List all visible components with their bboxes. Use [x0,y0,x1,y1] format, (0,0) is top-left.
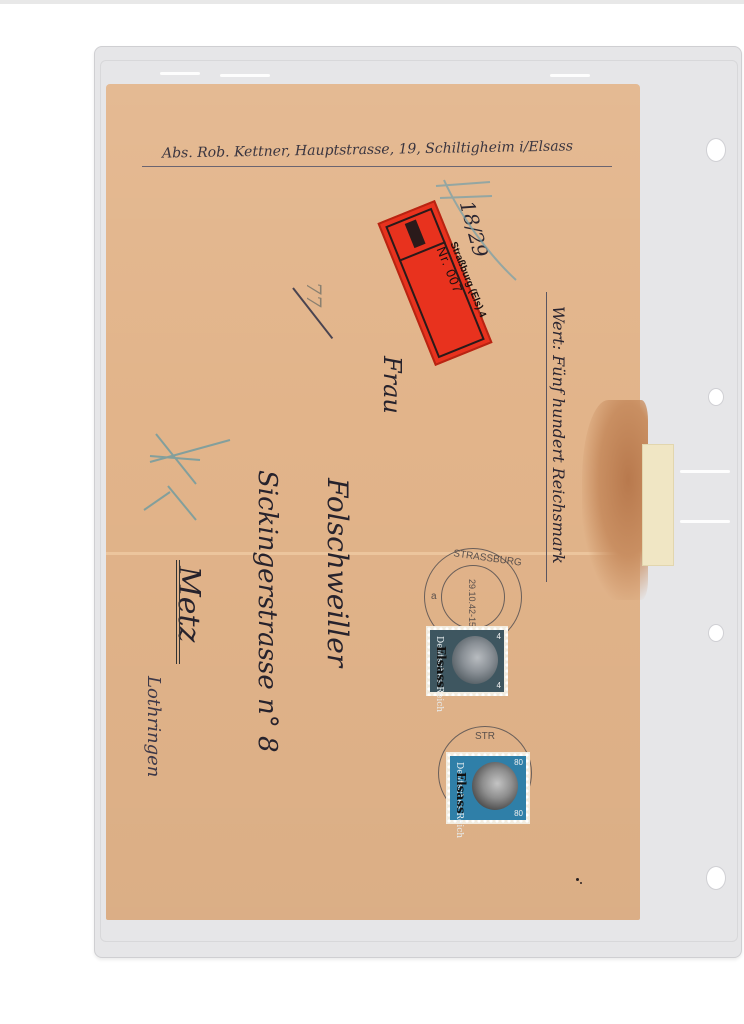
postmark-sub: a [431,591,437,602]
recipient-salutation: Frau [378,356,406,414]
stamp-portrait [472,762,518,810]
blue-pencil-mark [430,176,520,286]
postmark-date: 29.10.42-15 [467,579,477,627]
gloss-highlight [680,470,730,473]
stamp-overprint: Elsass [434,646,448,688]
stamp-value: 4 [497,681,501,690]
stamp-value: 80 [514,758,523,767]
stamp-overprint: Elsass [454,772,468,814]
binder-hole [706,138,726,162]
recipient-region: Lothringen [143,676,164,777]
blue-cross-mark [140,426,240,526]
value-underline [546,292,547,582]
stamp-face: Deutsches Reich Elsass 4 4 [430,630,504,692]
binder-hole [708,624,724,642]
postmark-city: STR [475,731,495,742]
gloss-highlight [680,520,730,523]
v-letter-mark [405,220,426,249]
stamp-80pf: Deutsches Reich Elsass 80 80 [446,752,530,824]
binder-hole [708,388,724,406]
stamp-4pf: Deutsches Reich Elsass 4 4 [426,626,508,696]
city-underline [176,560,180,664]
gloss-highlight [160,72,200,75]
ink-spot [576,878,579,881]
recipient-name: Folschweiller [321,478,354,667]
pencil-mark: 77 [302,282,326,307]
ink-spot [580,882,582,884]
recipient-street: Sickingerstrasse n° 8 [252,470,282,753]
sender-underline [142,166,612,167]
gloss-highlight [550,74,590,77]
stamp-face: Deutsches Reich Elsass 80 80 [450,756,526,820]
page-edge [0,0,744,4]
declared-value: Wert: Fünf hundert Reichsmark [549,306,568,564]
stamp-portrait [452,636,498,684]
stamp-value: 4 [497,632,501,641]
water-stain [582,400,648,600]
binder-hole [706,866,726,890]
stamp-value: 80 [514,809,523,818]
tape-strip [642,444,674,566]
gloss-highlight [220,74,270,77]
